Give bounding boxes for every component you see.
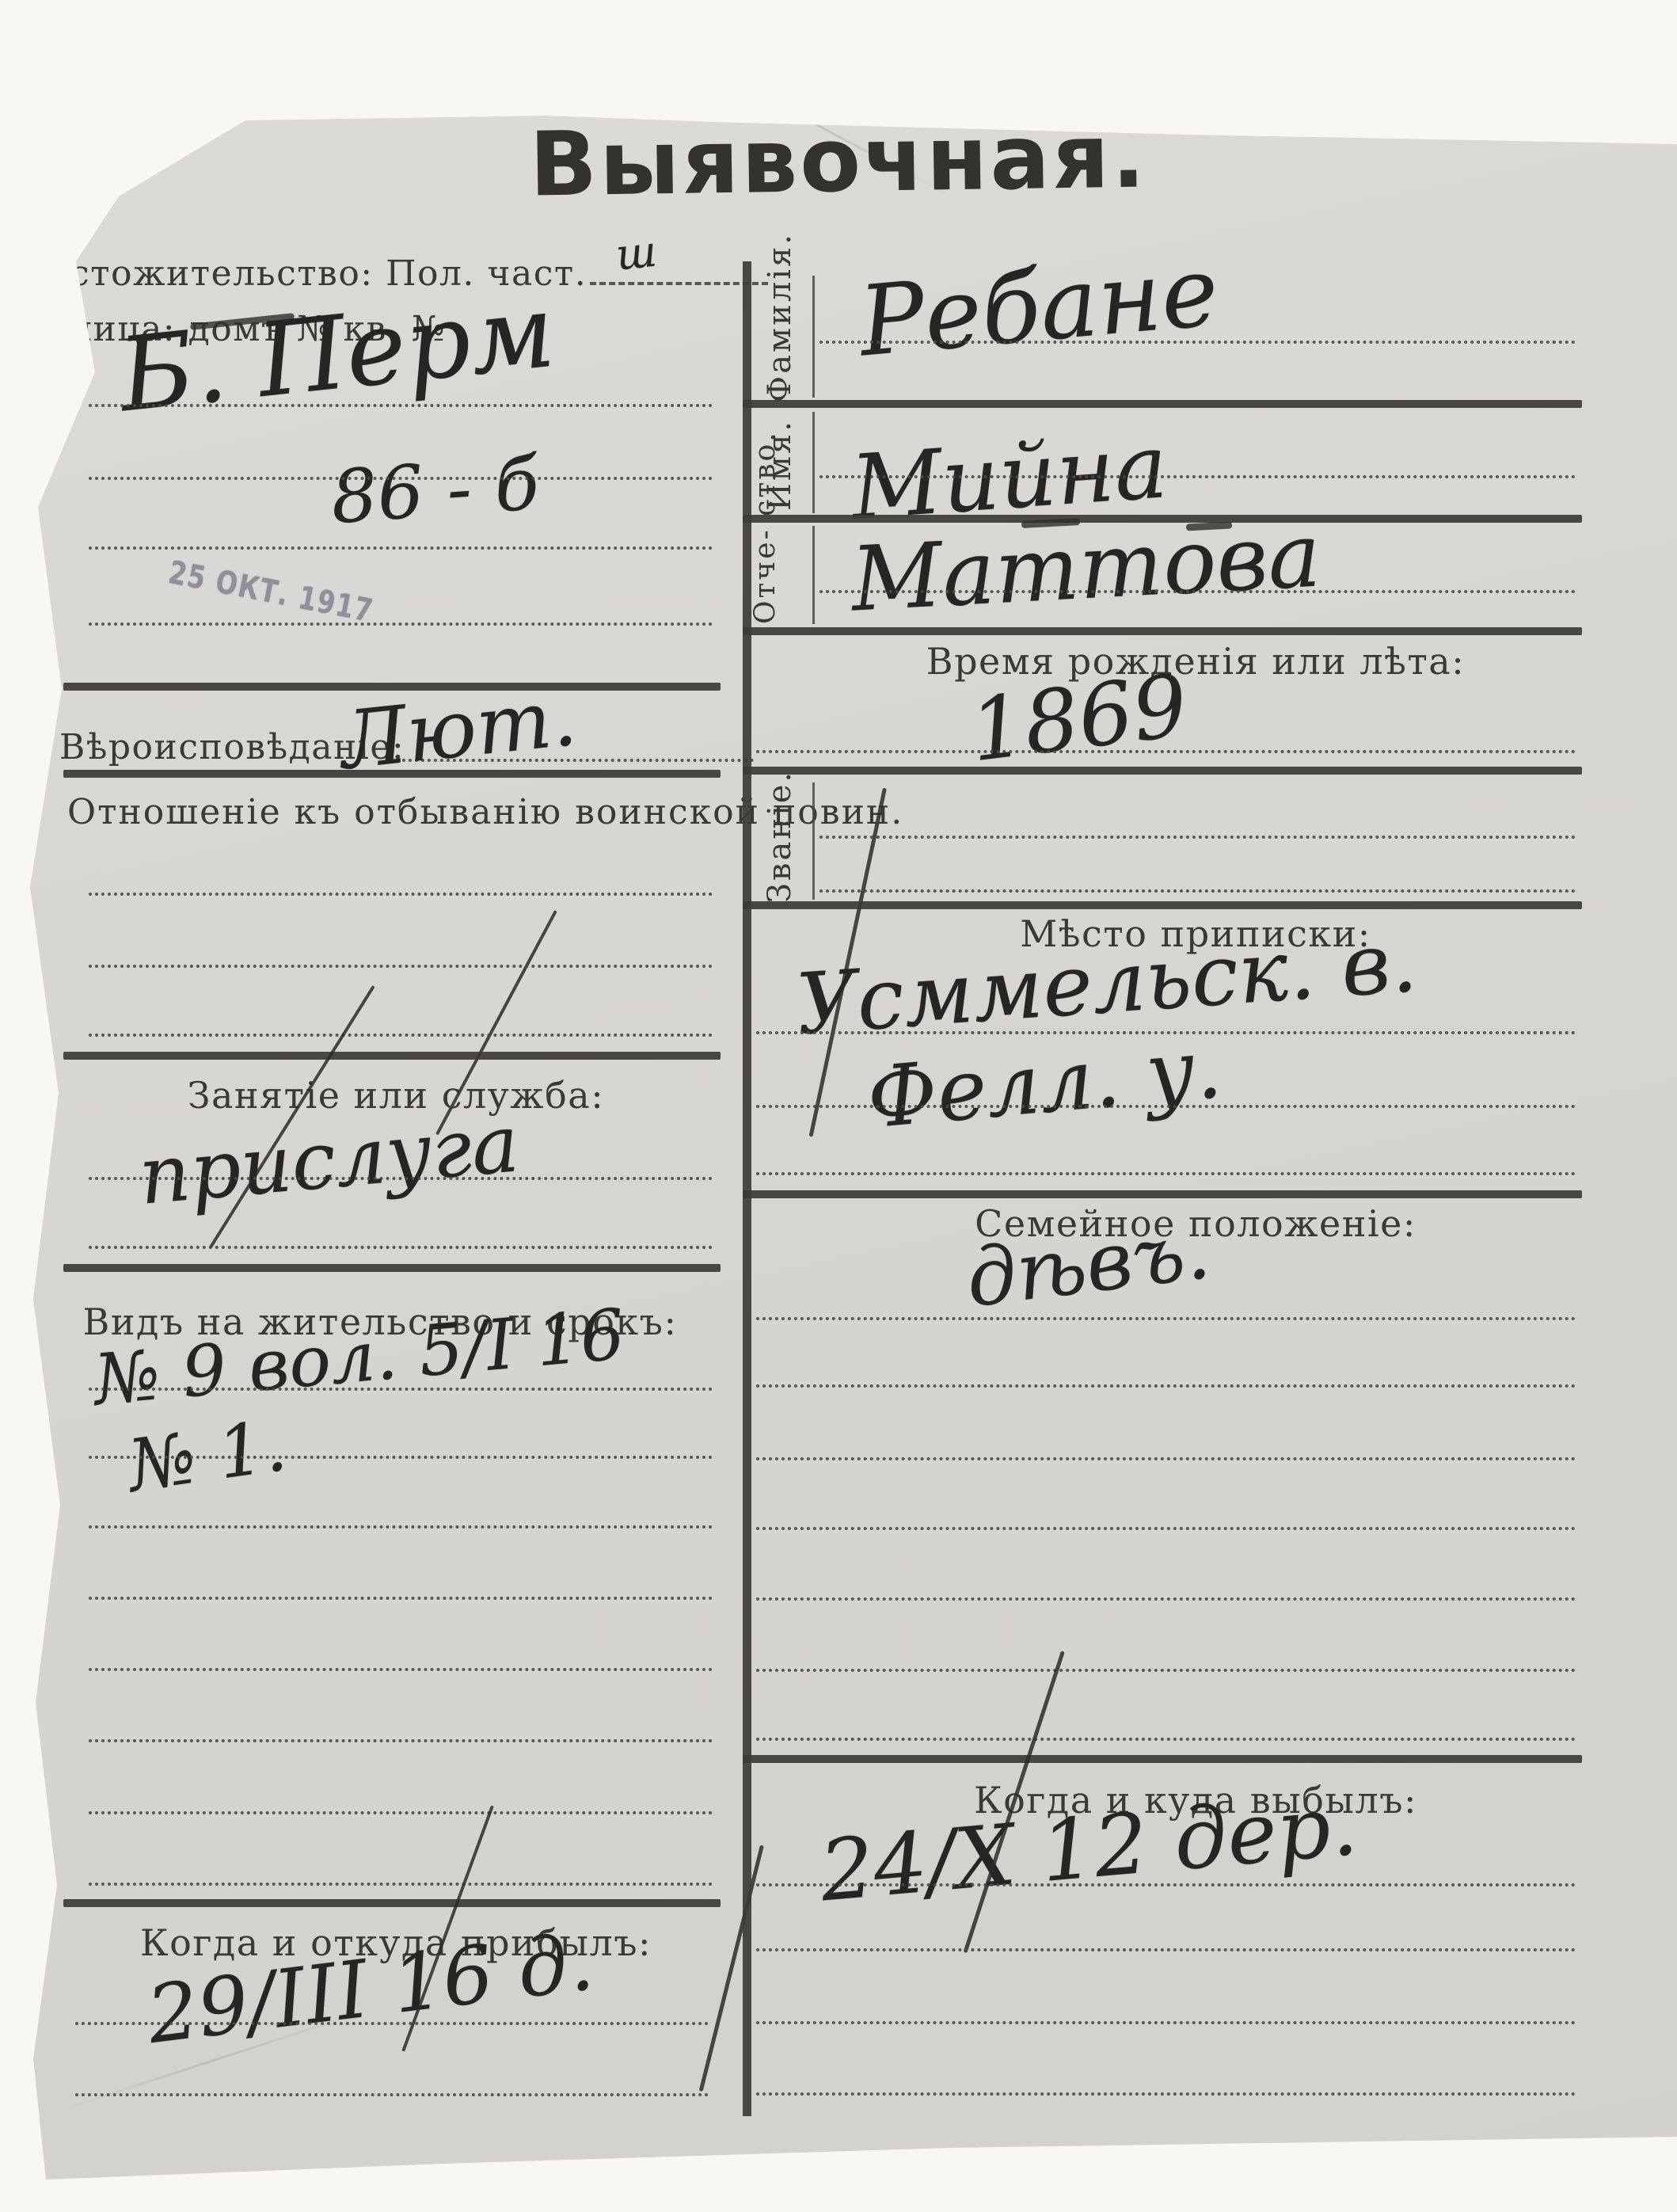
dotted-rule <box>756 2021 1576 2024</box>
label-divider <box>812 276 815 398</box>
residence-handwriting: ш <box>614 226 659 280</box>
street-handwriting: Б. Перм <box>114 272 560 436</box>
dotted-rule <box>819 889 1576 893</box>
section-rule <box>63 1052 721 1060</box>
section-rule <box>743 1755 1582 1763</box>
dotted-rule <box>89 1883 713 1886</box>
dotted-rule <box>89 546 713 550</box>
dotted-rule <box>756 1669 1576 1672</box>
dotted-rule <box>756 1317 1576 1320</box>
label-divider <box>812 412 815 513</box>
dotted-rule <box>89 1246 713 1249</box>
dotted-rule <box>756 2092 1576 2096</box>
dotted-rule <box>756 750 1576 753</box>
section-rule <box>743 1190 1582 1198</box>
dotted-rule <box>756 1883 1576 1886</box>
dotted-rule <box>819 836 1576 839</box>
surname-side-label: Фамилія. <box>762 266 798 402</box>
birth-label: Время рожденія или лѣта: <box>816 640 1576 683</box>
dotted-rule <box>89 1668 713 1671</box>
dotted-rule <box>89 1525 713 1529</box>
dotted-rule <box>819 341 1576 344</box>
section-rule <box>743 767 1582 775</box>
dotted-rule <box>89 477 713 480</box>
dotted-rule <box>756 1172 1576 1175</box>
dotted-rule <box>819 475 1576 478</box>
answer-dash-line <box>590 282 768 285</box>
rank-side-label: Званіе. <box>762 786 798 903</box>
label-divider <box>812 526 815 624</box>
section-rule <box>743 400 1582 408</box>
date-stamp: 25 ОКТ. 1917 <box>165 554 376 630</box>
dotted-rule <box>89 1739 713 1742</box>
dotted-rule <box>89 622 713 626</box>
dotted-rule <box>756 1105 1576 1108</box>
section-rule <box>743 627 1582 635</box>
dotted-rule <box>756 1948 1576 1951</box>
dotted-rule <box>89 1597 713 1600</box>
house-handwriting: 86 - б <box>329 441 542 540</box>
document-paper: Выявочная. стожительство: Пол. част. ш л… <box>0 0 1677 2212</box>
section-rule <box>63 1264 721 1272</box>
patronymic-side-label-line1: Отче- <box>749 527 781 624</box>
dotted-rule <box>756 1457 1576 1460</box>
dotted-rule <box>89 893 713 896</box>
page-title: Выявочная. <box>0 97 1677 224</box>
dotted-rule <box>756 1738 1576 1741</box>
dotted-rule <box>756 1384 1576 1388</box>
dotted-rule <box>756 1527 1576 1530</box>
dotted-rule <box>89 965 713 968</box>
dotted-rule <box>89 1456 713 1459</box>
dotted-rule <box>89 1811 713 1814</box>
dotted-rule <box>756 1597 1576 1601</box>
dotted-rule <box>89 1177 713 1180</box>
section-rule <box>63 770 721 778</box>
dotted-rule <box>75 2093 709 2096</box>
dotted-rule <box>89 1388 713 1391</box>
dotted-rule <box>75 2022 709 2025</box>
dotted-rule <box>89 404 713 407</box>
section-rule <box>743 901 1582 909</box>
patronymic-side-label-line2: ство. <box>749 430 781 516</box>
surname-handwriting: Ребане <box>855 234 1223 378</box>
section-rule <box>63 1899 721 1907</box>
dotted-rule <box>89 1034 713 1037</box>
dotted-rule <box>819 590 1576 593</box>
patronymic-side-label: Отче- ство. <box>749 524 781 624</box>
label-divider <box>812 782 815 900</box>
scanned-registration-card: Выявочная. стожительство: Пол. част. ш л… <box>0 0 1677 2212</box>
